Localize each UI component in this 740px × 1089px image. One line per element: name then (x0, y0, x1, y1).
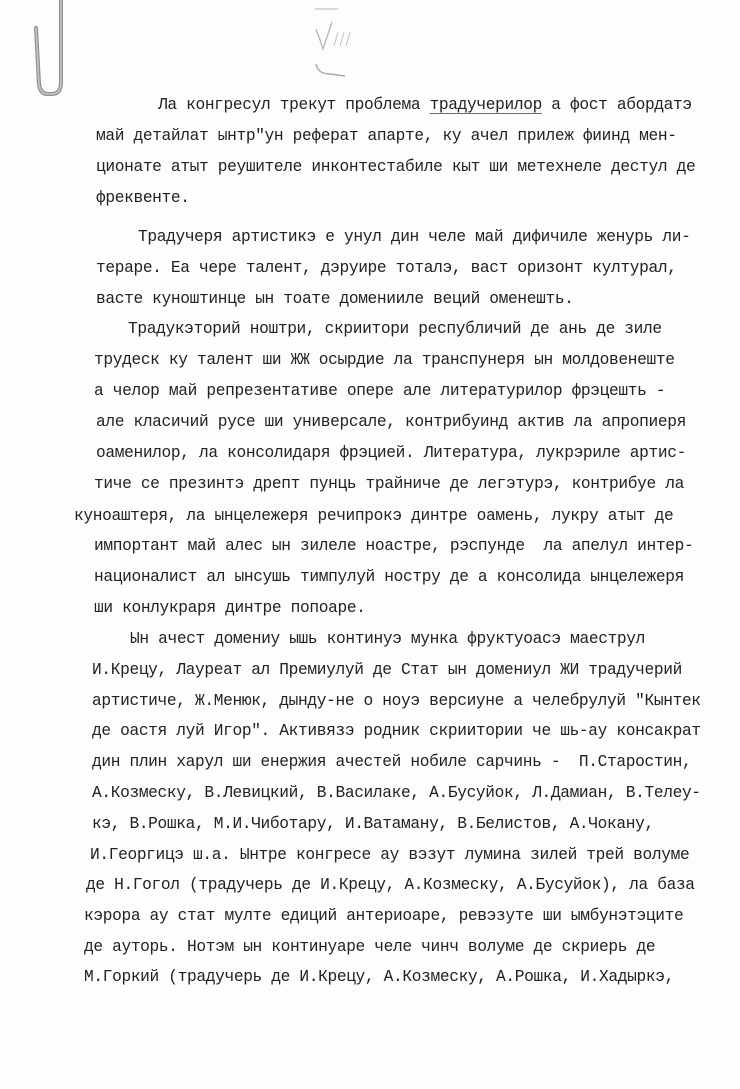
text-line: фреквенте. (96, 188, 190, 208)
text-line: оаменилор, ла консолидаря фрэцией. Литер… (96, 443, 686, 463)
text-line: И.Крецу, Лауреат ал Премиулуй де Стат ын… (92, 660, 682, 680)
text-segment: васте куноштинце ын тоате доменииле веци… (96, 290, 574, 308)
text-line: Ын ачест домениу ышь континуэ мунка фрук… (130, 629, 645, 649)
text-segment: Ын ачест домениу ышь континуэ мунка фрук… (130, 630, 645, 648)
text-segment: де оастя луй Игор". Активязэ родник скри… (92, 722, 701, 740)
text-line: националист ал ынсушь тимпулуй ностру де… (94, 567, 684, 587)
text-segment: А.Козмеску, В.Левицкий, В.Василаке, А.Бу… (92, 784, 701, 802)
text-line: де оастя луй Игор". Активязэ родник скри… (92, 721, 701, 741)
text-line: М.Горкий (традучерь де И.Крецу, А.Козмес… (84, 967, 674, 987)
underlined-word: традучерилор (430, 96, 542, 114)
text-segment: Традучеря артистикэ е унул дин челе май … (138, 228, 690, 246)
text-segment: куноаштеря, ла ынцележеря речипрокэ динт… (74, 507, 673, 525)
text-segment: а челор май репрезентативе опере але лит… (94, 382, 665, 400)
text-segment: артистиче, Ж.Менюк, дынду-не о ноуэ верс… (92, 692, 701, 710)
text-line: де ауторь. Нотэм ын континуаре челе чинч… (84, 937, 655, 957)
text-segment: Ла конгресул трекут проблема (158, 96, 430, 114)
text-segment: тиче се презинтэ дрепт пунць трайниче де… (94, 475, 684, 493)
text-segment: кэрора ау стат мулте едиций антериоаре, … (84, 907, 683, 925)
text-segment: М.Горкий (традучерь де И.Крецу, А.Козмес… (84, 968, 674, 986)
text-segment: а фост абордатэ (542, 96, 692, 114)
text-line: А.Козмеску, В.Левицкий, В.Василаке, А.Бу… (92, 783, 701, 803)
text-segment: май детайлат ынтр"ун реферат апарте, ку … (96, 127, 677, 145)
text-line: а челор май репрезентативе опере але лит… (94, 381, 665, 401)
text-segment: Традукэторий ноштри, скриитори республич… (128, 320, 662, 338)
text-segment: националист ал ынсушь тимпулуй ностру де… (94, 568, 684, 586)
text-line: дин плин харул ши енержия ачестей нобиле… (92, 752, 691, 772)
text-segment: кэ, В.Рошка, М.И.Чиботару, И.Ватаману, В… (92, 815, 654, 833)
text-line: И.Георгицэ ш.а. Ынтре конгресе ау вэзут … (90, 845, 689, 865)
text-line: кэ, В.Рошка, М.И.Чиботару, И.Ватаману, В… (92, 814, 654, 834)
text-line: Традукэторий ноштри, скриитори республич… (128, 319, 662, 339)
text-line: Ла конгресул трекут проблема традучерило… (158, 95, 692, 115)
text-line: май детайлат ынтр"ун реферат апарте, ку … (96, 126, 677, 146)
text-segment: тераре. Еа чере талент, дэруире тоталэ, … (96, 259, 677, 277)
text-segment: фреквенте. (96, 189, 190, 207)
text-segment: але класичий русе ши универсале, контриб… (96, 413, 686, 431)
text-line: але класичий русе ши универсале, контриб… (96, 412, 686, 432)
text-line: Традучеря артистикэ е унул дин челе май … (138, 227, 690, 247)
text-line: тиче се презинтэ дрепт пунць трайниче де… (94, 474, 684, 494)
text-segment: И.Крецу, Лауреат ал Премиулуй де Стат ын… (92, 661, 682, 679)
text-segment: ционате атыт реушителе инконтестабиле кы… (96, 158, 695, 176)
text-line: ши конлукраря динтре попоаре. (94, 598, 366, 618)
text-segment: оаменилор, ла консолидаря фрэцией. Литер… (96, 444, 686, 462)
text-segment: импортант май алес ын зилеле ноастре, рэ… (94, 537, 693, 555)
paperclip-icon (28, 0, 68, 100)
text-line: де Н.Гогол (традучерь де И.Крецу, А.Козм… (86, 875, 695, 895)
text-line: куноаштеря, ла ынцележеря речипрокэ динт… (74, 506, 673, 526)
text-line: кэрора ау стат мулте едиций антериоаре, … (84, 906, 683, 926)
text-line: трудеск ку талент ши ЖЖ осырдие ла транс… (94, 350, 675, 370)
text-segment: И.Георгицэ ш.а. Ынтре конгресе ау вэзут … (90, 846, 689, 864)
text-segment: трудеск ку талент ши ЖЖ осырдие ла транс… (94, 351, 675, 369)
text-line: артистиче, Ж.Менюк, дынду-не о ноуэ верс… (92, 691, 701, 711)
document-page: Ла конгресул трекут проблема традучерило… (0, 0, 740, 1089)
text-segment: дин плин харул ши енержия ачестей нобиле… (92, 753, 691, 771)
text-line: васте куноштинце ын тоате доменииле веци… (96, 289, 574, 309)
text-line: ционате атыт реушителе инконтестабиле кы… (96, 157, 695, 177)
text-line: импортант май алес ын зилеле ноастре, рэ… (94, 536, 693, 556)
text-segment: де Н.Гогол (традучерь де И.Крецу, А.Козм… (86, 876, 695, 894)
text-line: тераре. Еа чере талент, дэруире тоталэ, … (96, 258, 677, 278)
text-segment: ши конлукраря динтре попоаре. (94, 599, 366, 617)
text-segment: де ауторь. Нотэм ын континуаре челе чинч… (84, 938, 655, 956)
handwritten-page-mark (300, 4, 370, 84)
